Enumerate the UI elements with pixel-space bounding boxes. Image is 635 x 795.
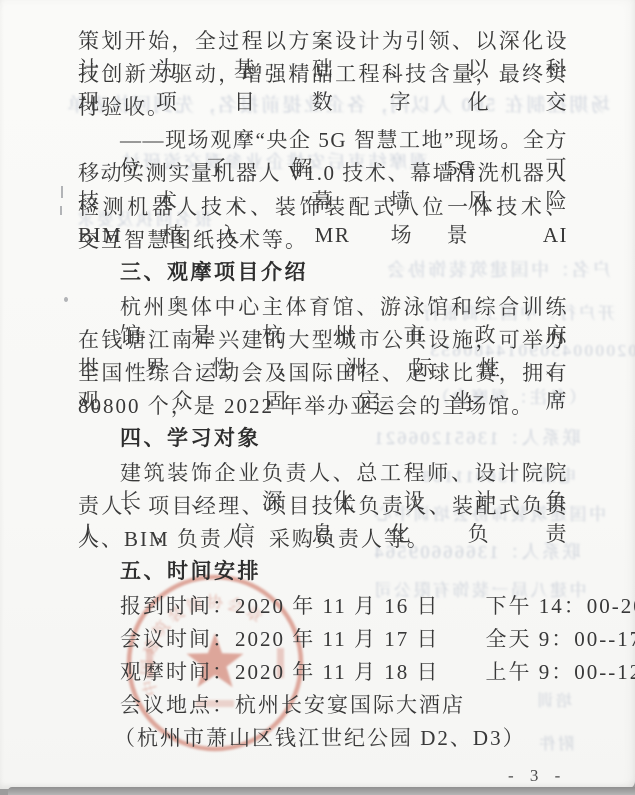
text-line: 会议时间：2020 年 11 月 17 日 全天 9：00--17：00 xyxy=(120,625,568,653)
paper-page: 场期控制在 500 人以内，各企业提前报名，先到回执表单观摩结束后安排企业参观交… xyxy=(0,0,635,789)
document-body: 策划开始，全过程以方案设计为引领、以深化设计为基础、以科技创新为驱动，增强精品工… xyxy=(78,0,568,789)
section-heading: 四、学习对象 xyxy=(120,425,568,453)
scan-artifact xyxy=(64,297,68,302)
text-line: 报到时间：2020 年 11 月 16 日 下午 14：00-20：00 xyxy=(120,592,568,620)
scan-artifact xyxy=(60,206,62,215)
text-line: 观摩时间：2020 年 11 月 18 日 上午 9：00--12：00 xyxy=(120,658,568,686)
text-line: （杭州市萧山区钱江世纪公园 D2、D3） xyxy=(114,724,568,752)
text-line: 会议地点：杭州长安宴国际大酒店 xyxy=(120,691,568,719)
scanner-edge xyxy=(8,787,635,795)
scan-artifact xyxy=(61,186,63,198)
text-line: 交互智慧图纸技术等。 xyxy=(78,226,568,254)
text-line: 80800 个，是 2022 年举办亚运会的主场馆。 xyxy=(78,392,568,420)
text-line: 付验收。 xyxy=(78,93,568,121)
scanned-document-canvas: 场期控制在 500 人以内，各企业提前报名，先到回执表单观摩结束后安排企业参观交… xyxy=(0,0,635,795)
text-line: 人、BIM 负责人、采购负责人等。 xyxy=(78,525,568,553)
section-heading: 三、观摩项目介绍 xyxy=(120,259,568,287)
page-number: - 3 - xyxy=(508,766,598,786)
section-heading: 五、时间安排 xyxy=(120,558,568,586)
